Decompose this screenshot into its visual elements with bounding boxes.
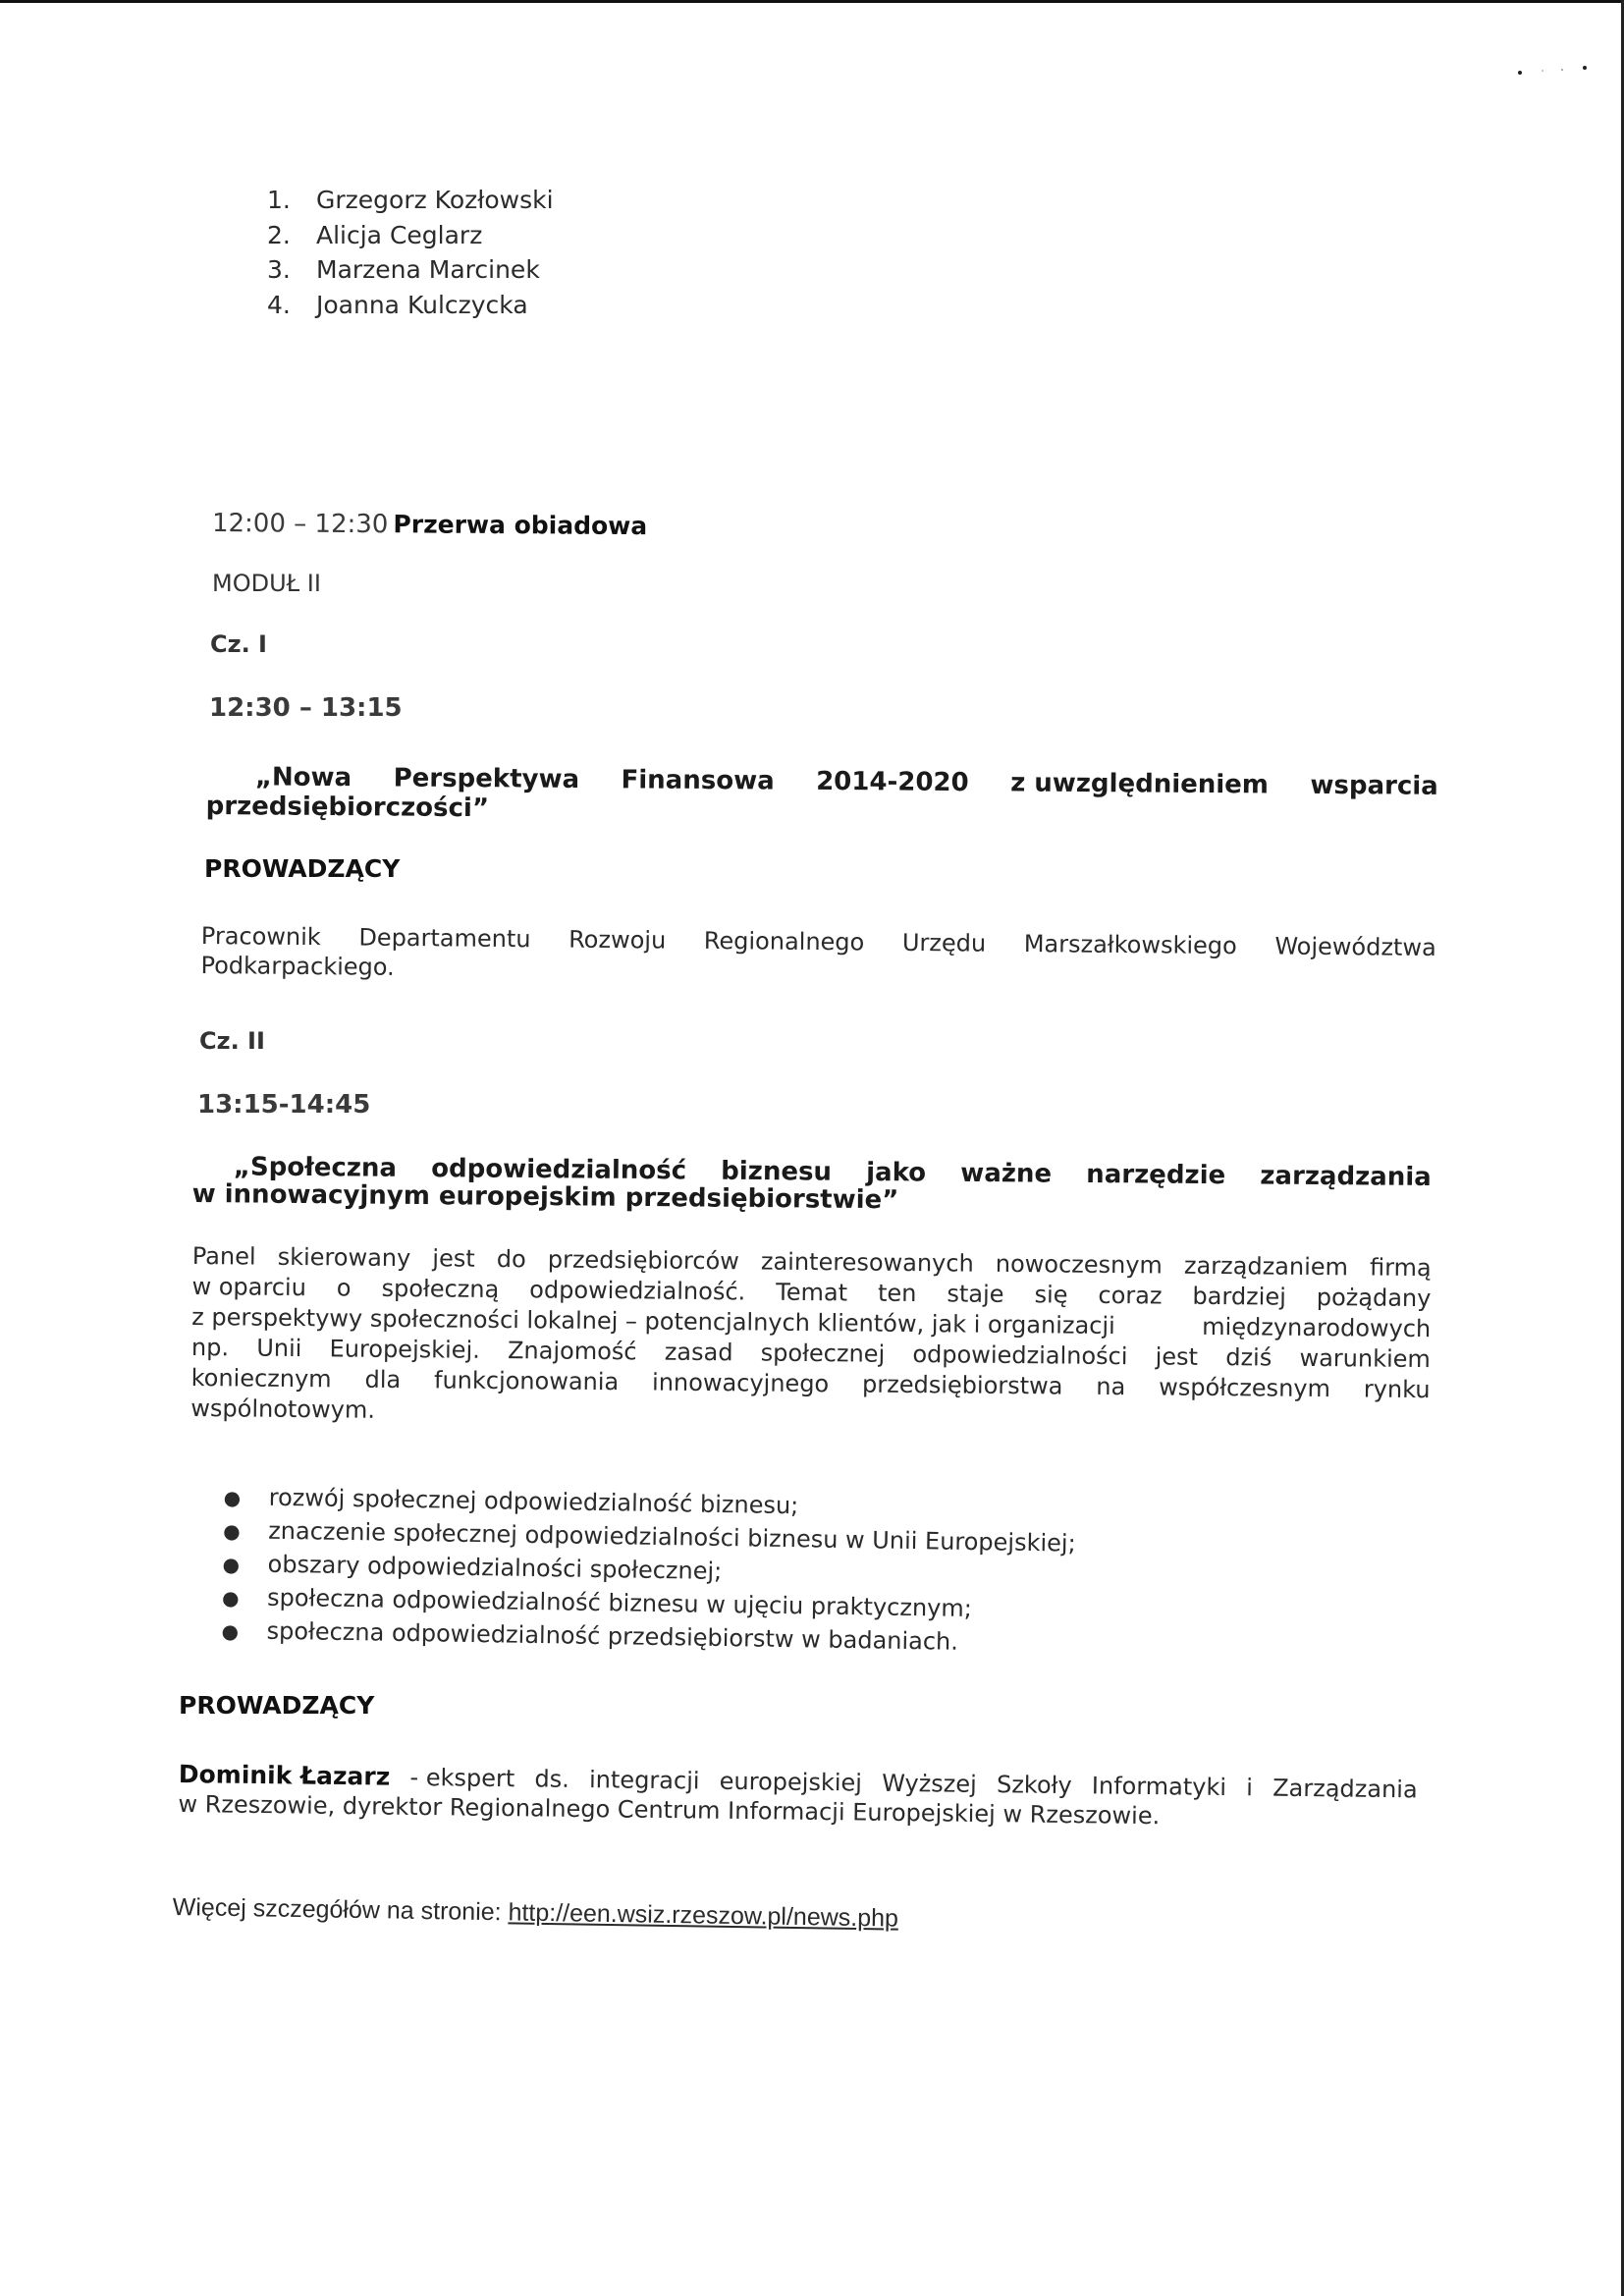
participant-name: Alicja Ceglarz (316, 221, 482, 249)
word: „Społeczna (234, 1153, 397, 1181)
word: biznesu (721, 1158, 832, 1186)
list-number: 1. (267, 183, 316, 218)
list-number: 2. (267, 218, 316, 253)
word: zarządzania (1260, 1162, 1432, 1191)
word: wsparcia (1310, 771, 1438, 801)
participant-item: 4.Joanna Kulczycka (267, 288, 554, 323)
word: coraz (1098, 1281, 1162, 1312)
word: koniecznym (191, 1363, 332, 1394)
part2-presenter-heading: PROWADZĄCY (179, 1691, 374, 1720)
word: Marszałkowskiego (1024, 929, 1237, 960)
word: dla (364, 1365, 401, 1395)
scan-top-edge (0, 0, 1624, 3)
word: innowacyjnego (652, 1368, 829, 1400)
word: funkcjonowania (434, 1365, 619, 1397)
participant-name: Grzegorz Kozłowski (316, 186, 554, 214)
word: „Nowa (255, 762, 352, 793)
word: zasad (665, 1338, 733, 1369)
topics-list: ●rozwój społecznej odpowiedzialność bizn… (221, 1481, 1076, 1662)
word: przedsiębiorców (548, 1244, 739, 1277)
word: współczesnym (1159, 1372, 1330, 1404)
word: jako (866, 1159, 926, 1187)
word: Europejskiej. (329, 1334, 479, 1365)
participants-list: 1.Grzegorz Kozłowski 2.Alicja Ceglarz 3.… (267, 183, 554, 322)
word: o (337, 1273, 352, 1303)
word: odpowiedzialność. (529, 1275, 745, 1307)
word: Pracownik (201, 921, 321, 952)
word: Znajomość (508, 1336, 637, 1367)
scan-artifact-specks (1512, 63, 1591, 77)
word: ds. (534, 1764, 569, 1793)
word: w oparciu (191, 1272, 306, 1303)
participant-item: 2.Alicja Ceglarz (267, 218, 554, 253)
part2-label: Cz. II (199, 1027, 265, 1055)
part2-title: „Społeczna odpowiedzialność biznesu jako… (192, 1153, 1432, 1219)
part1-presenter-text: Pracownik Departamentu Rozwoju Regionaln… (200, 921, 1436, 992)
word: odpowiedzialności (912, 1339, 1127, 1372)
lunch-label: Przerwa obiadowa (393, 510, 647, 540)
word: staje (947, 1279, 1003, 1310)
bullet-icon: ● (222, 1549, 268, 1582)
word: do (497, 1244, 526, 1275)
word: ważne (960, 1160, 1052, 1188)
participant-name: Joanna Kulczycka (316, 291, 528, 319)
word: - ekspert (409, 1763, 514, 1793)
participant-name: Marzena Marcinek (316, 255, 540, 284)
list-number: 3. (267, 252, 316, 288)
word: Finansowa (621, 765, 774, 795)
word: firmą (1370, 1253, 1432, 1285)
more-info-line: Więcej szczegółów na stronie: http://een… (173, 1893, 899, 1934)
word: jest (1156, 1341, 1199, 1372)
bullet-icon: ● (221, 1615, 267, 1649)
word: zainteresowanych (761, 1247, 974, 1280)
bullet-icon: ● (223, 1515, 269, 1549)
word: Perspektywa (394, 763, 580, 793)
word: Unii (256, 1334, 301, 1364)
word: Województwa (1274, 931, 1436, 962)
participant-item: 1.Grzegorz Kozłowski (267, 183, 554, 218)
word: Informatyki (1092, 1771, 1226, 1802)
word: europejskiej (720, 1767, 863, 1798)
part2-time: 13:15-14:45 (197, 1090, 370, 1120)
word: społecznej (761, 1339, 886, 1370)
word: Temat (776, 1278, 847, 1309)
word: Regionalnego (704, 926, 865, 957)
word: pożądany (1317, 1283, 1432, 1314)
part1-time: 12:30 – 13:15 (209, 693, 403, 723)
word: Panel (192, 1241, 256, 1273)
more-info-link[interactable]: http://een.wsiz.rzeszow.pl/news.php (508, 1898, 898, 1932)
more-info-label: Więcej szczegółów na stronie: (173, 1893, 502, 1926)
word: Wyższej (882, 1769, 977, 1799)
part1-label: Cz. I (210, 630, 267, 658)
bullet-icon: ● (223, 1482, 269, 1515)
word: rynku (1364, 1374, 1431, 1405)
lunch-time: 12:00 – 12:30 (212, 509, 389, 539)
word: nowoczesnym (996, 1249, 1163, 1282)
word: społeczną (381, 1274, 499, 1305)
lunch-break-row: 12:00 – 12:30 Przerwa obiadowa (212, 509, 647, 541)
module-title: MODUŁ II (212, 570, 321, 597)
word: się (1034, 1280, 1067, 1310)
word: przedsiębiorstwa (862, 1370, 1063, 1402)
topic-text: obszary odpowiedzialności społecznej; (267, 1551, 722, 1585)
word: Urzędu (902, 928, 987, 958)
presenter-name: Dominik Łazarz (179, 1760, 391, 1792)
word: i (1246, 1773, 1253, 1802)
word: ten (878, 1279, 917, 1309)
word: międzynarodowych (1202, 1312, 1431, 1344)
word: Zarządzania (1272, 1774, 1418, 1805)
word: dziś (1225, 1342, 1272, 1373)
part2-presenter-text: Dominik Łazarz - ekspert ds. integracji … (178, 1760, 1418, 1833)
word: Departamentu (358, 923, 530, 955)
part1-title: „Nowa Perspektywa Finansowa 2014-2020 z … (206, 762, 1438, 831)
part1-presenter-heading: PROWADZĄCY (204, 854, 400, 883)
word: Rozwoju (568, 925, 666, 956)
participant-item: 3.Marzena Marcinek (267, 252, 554, 288)
word: integracji (589, 1765, 700, 1795)
word: warunkiem (1299, 1343, 1431, 1375)
part2-description: Panel skierowany jest do przedsiębiorców… (190, 1241, 1432, 1436)
word: z uwzględnieniem (1010, 768, 1269, 799)
topic-text: rozwój społecznej odpowiedzialność bizne… (269, 1484, 799, 1519)
word: odpowiedzialność (431, 1155, 686, 1184)
word: skierowany (278, 1242, 411, 1274)
word: narzędzie (1086, 1161, 1225, 1189)
word: bardziej (1192, 1282, 1286, 1313)
word: np. (191, 1333, 229, 1363)
word: Szkoły (997, 1770, 1072, 1800)
bullet-icon: ● (222, 1582, 268, 1615)
word: 2014-2020 (816, 767, 969, 797)
list-number: 4. (267, 288, 316, 323)
word: zarządzaniem (1184, 1251, 1348, 1284)
word: jest (432, 1243, 475, 1274)
word: na (1096, 1372, 1125, 1402)
